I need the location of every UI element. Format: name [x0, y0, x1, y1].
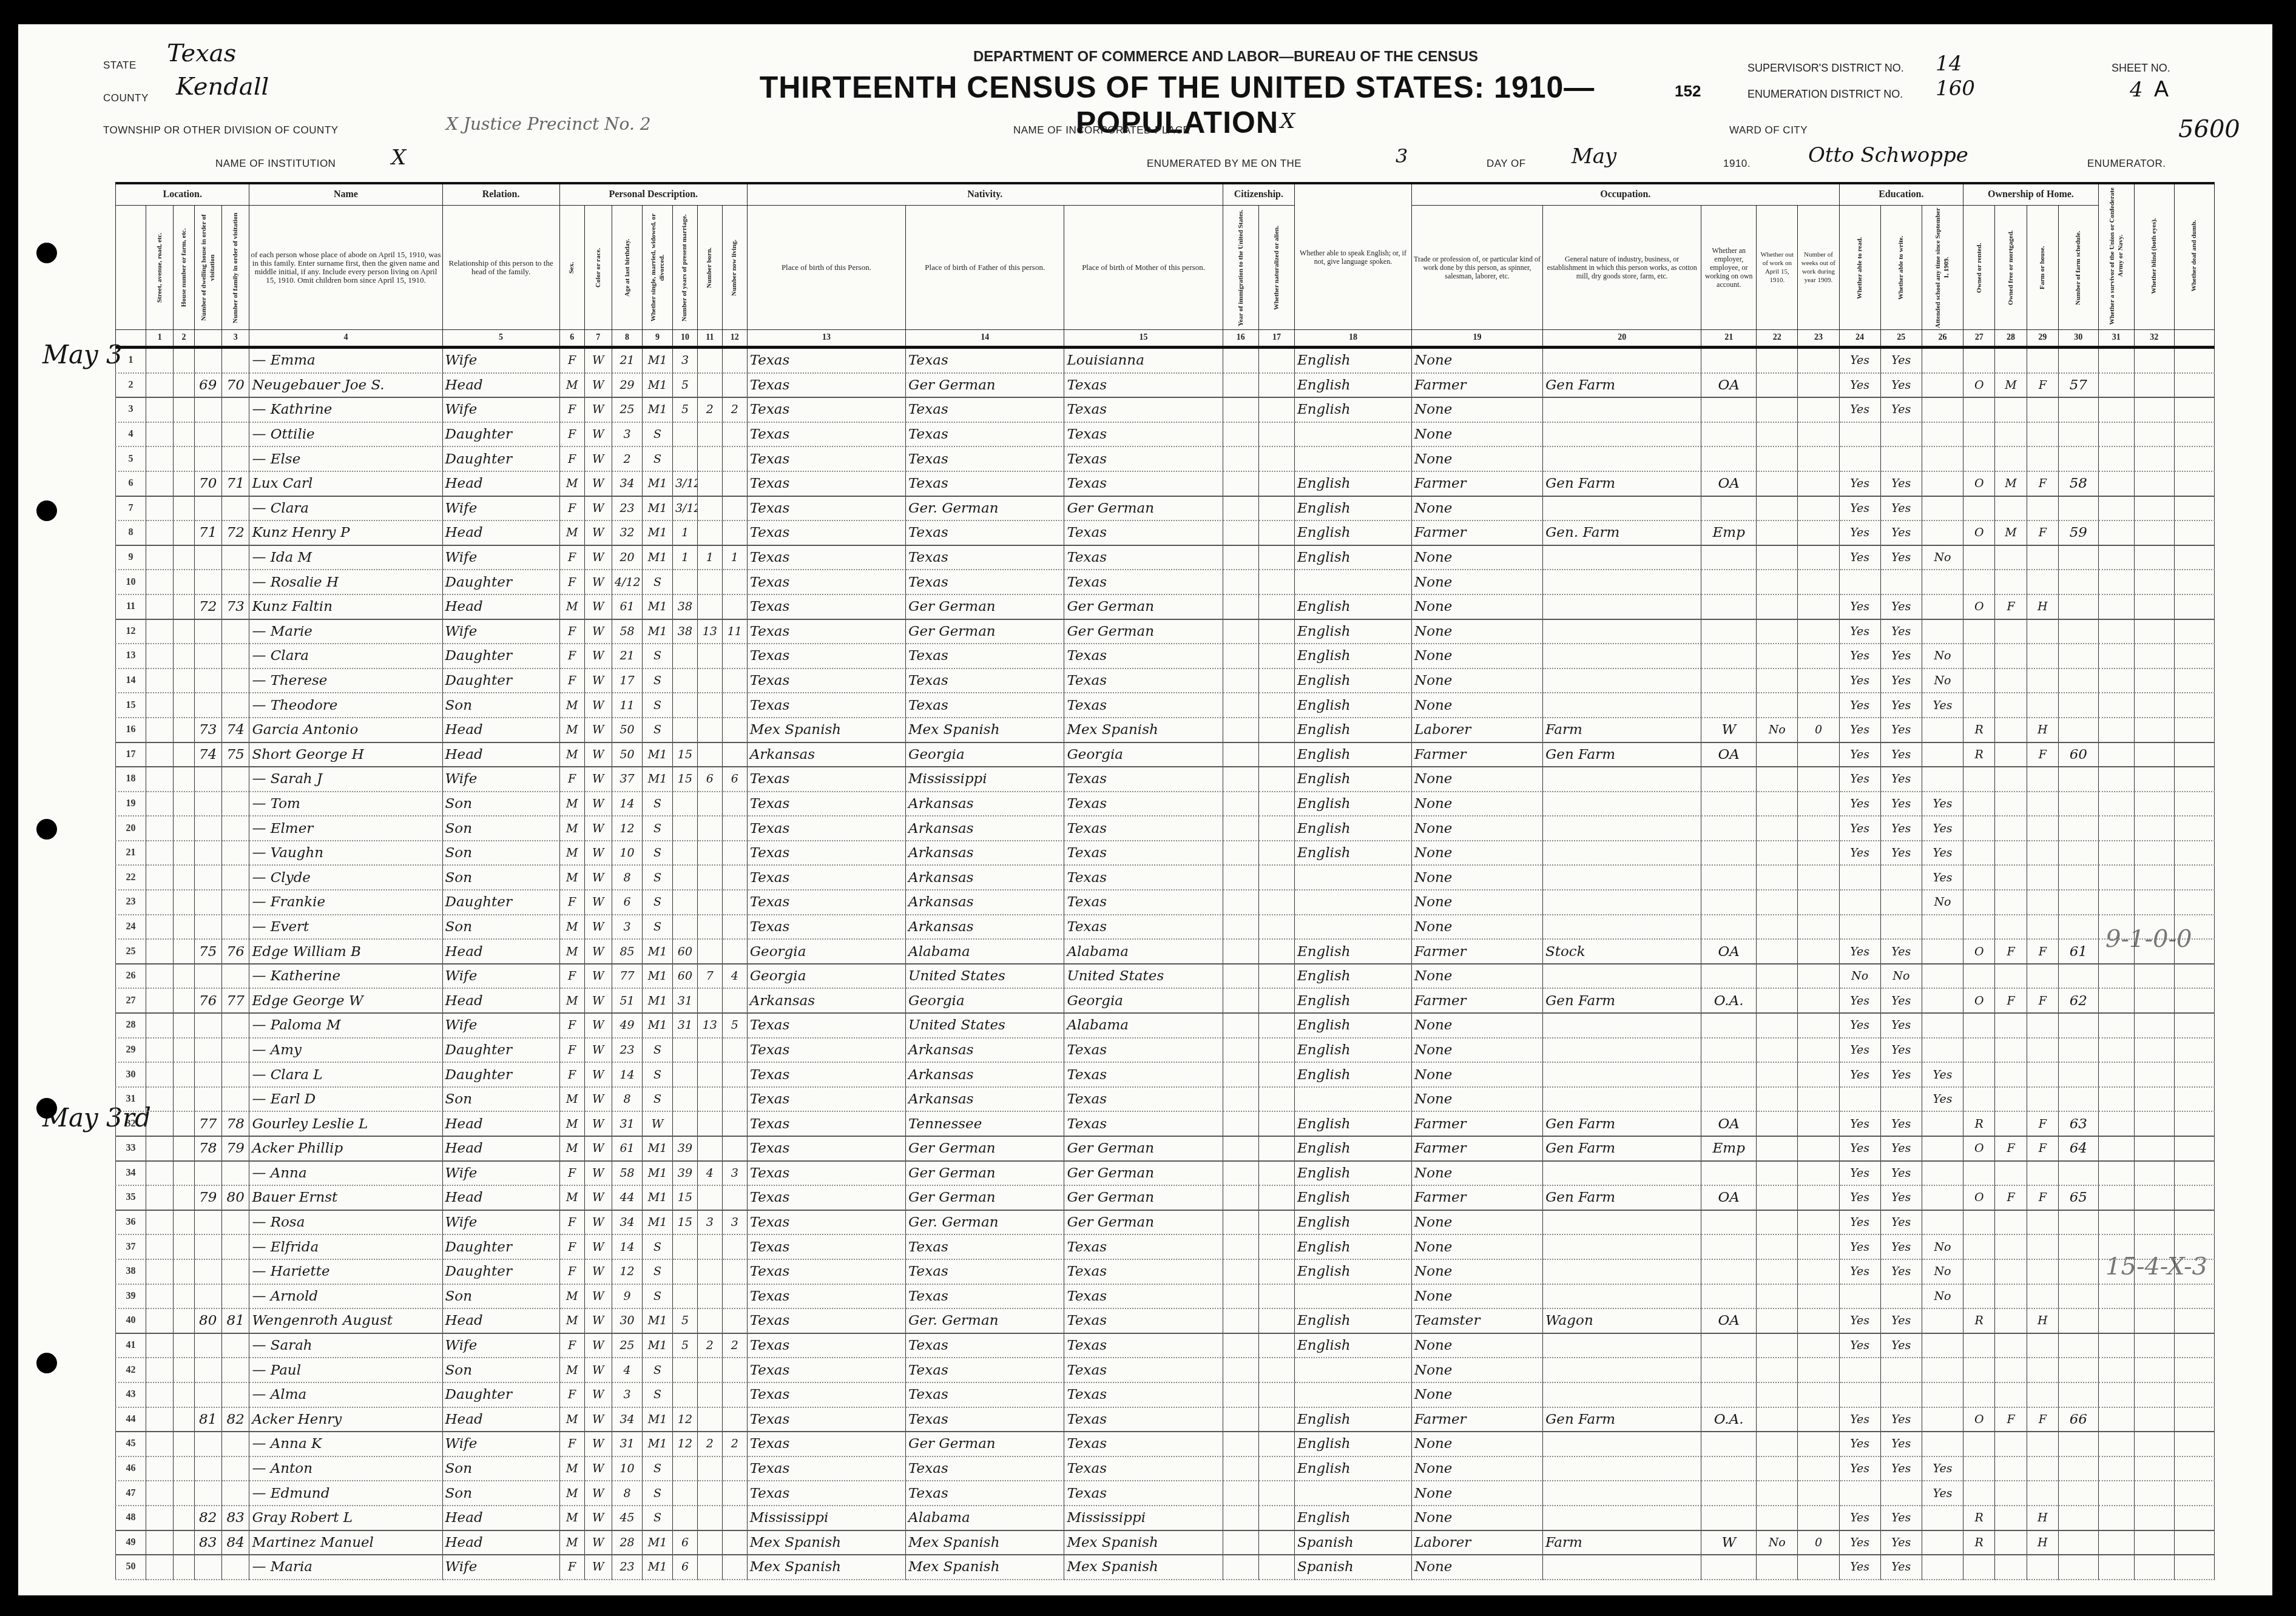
school-cell: Yes: [1922, 1481, 1963, 1506]
header-veteran: Whether a survivor of the Union or Confe…: [2098, 183, 2134, 330]
occupation-cell: None: [1412, 397, 1543, 422]
language-cell: English: [1294, 348, 1411, 373]
out-of-work-cell: [1757, 693, 1798, 718]
farm-house-cell: [2027, 1234, 2058, 1259]
can-read-cell: [1839, 865, 1880, 890]
owned-rented-cell: O: [1963, 1185, 1995, 1210]
family-number: 74: [221, 718, 249, 742]
out-of-work-cell: [1757, 1456, 1798, 1481]
table-row: 41— SarahWifeFW25M1522TexasTexasTexasEng…: [116, 1333, 2215, 1358]
occupation-cell: None: [1412, 1333, 1543, 1358]
line-number: 15: [116, 693, 146, 718]
age-cell: 37: [612, 767, 643, 792]
mother-birthplace-cell: Mississippi: [1064, 1506, 1223, 1530]
relation-cell: Daughter: [442, 1382, 559, 1407]
school-cell: No: [1922, 1284, 1963, 1309]
can-read-cell: Yes: [1839, 767, 1880, 792]
weeks-unemployed-cell: [1798, 348, 1839, 373]
mother-birthplace-cell: Texas: [1064, 545, 1223, 570]
empty-cell: [1223, 1284, 1258, 1309]
empty-cell: [174, 1481, 194, 1506]
industry-cell: [1542, 446, 1701, 471]
weeks-unemployed-cell: [1798, 1161, 1839, 1186]
children-born-cell: [697, 816, 722, 841]
industry-cell: Gen Farm: [1542, 1136, 1701, 1161]
empty-cell: [1258, 890, 1294, 915]
father-birthplace-cell: Texas: [906, 1284, 1064, 1309]
marital-status-cell: S: [643, 1481, 673, 1506]
sex-cell: F: [559, 446, 584, 471]
can-write-cell: Yes: [1880, 348, 1922, 373]
can-read-cell: Yes: [1839, 1210, 1880, 1235]
empty-cell: [174, 1234, 194, 1259]
mother-birthplace-cell: Alabama: [1064, 1013, 1223, 1038]
language-cell: English: [1294, 668, 1411, 693]
owned-rented-cell: [1963, 1284, 1995, 1309]
birthplace-cell: Texas: [747, 1432, 905, 1456]
table-row: 42— PaulSonMW4STexasTexasTexasNone: [116, 1358, 2215, 1382]
out-of-work-cell: [1757, 1284, 1798, 1309]
relation-cell: Wife: [442, 964, 559, 989]
occupation-cell: None: [1412, 668, 1543, 693]
empty-cell: [1223, 792, 1258, 816]
occupation-cell: None: [1412, 890, 1543, 915]
children-born-cell: [697, 1358, 722, 1382]
person-name: Edge George W: [249, 988, 442, 1013]
person-name: — Frankie: [249, 890, 442, 915]
farm-house-cell: H: [2027, 1530, 2058, 1555]
relation-cell: Head: [442, 718, 559, 742]
table-row: 26970Neugebauer Joe S.HeadMW29M15TexasGe…: [116, 373, 2215, 398]
weeks-unemployed-cell: [1798, 446, 1839, 471]
group-occupation: Occupation.: [1412, 183, 1839, 206]
header-race: Color or race.: [584, 206, 612, 330]
table-row: 37— ElfridaDaughterFW14STexasTexasTexasE…: [116, 1234, 2215, 1259]
employer-status-cell: [1701, 1038, 1757, 1063]
column-number: 14: [906, 330, 1064, 348]
empty-cell: [146, 619, 173, 644]
children-born-cell: [697, 1555, 722, 1580]
empty-cell: [1223, 1087, 1258, 1112]
relation-cell: Wife: [442, 1555, 559, 1580]
can-read-cell: Yes: [1839, 939, 1880, 964]
race-cell: W: [584, 1185, 612, 1210]
owned-rented-cell: O: [1963, 520, 1995, 545]
can-read-cell: Yes: [1839, 1136, 1880, 1161]
employer-status-cell: OA: [1701, 373, 1757, 398]
out-of-work-cell: [1757, 915, 1798, 940]
farm-schedule-cell: 59: [2058, 520, 2098, 545]
employer-status-cell: OA: [1701, 1308, 1757, 1333]
person-name: — Sarah: [249, 1333, 442, 1358]
marital-status-cell: S: [643, 1506, 673, 1530]
owned-rented-cell: O: [1963, 988, 1995, 1013]
occupation-cell: None: [1412, 767, 1543, 792]
dwelling-number: [194, 841, 221, 866]
empty-cell: [1258, 1210, 1294, 1235]
industry-cell: [1542, 348, 1701, 373]
father-birthplace-cell: Mex Spanish: [906, 1555, 1064, 1580]
relation-cell: Daughter: [442, 446, 559, 471]
years-married-cell: [672, 865, 697, 890]
race-cell: W: [584, 348, 612, 373]
birthplace-cell: Texas: [747, 520, 905, 545]
sex-cell: F: [559, 422, 584, 447]
line-number: 23: [116, 890, 146, 915]
marital-status-cell: S: [643, 865, 673, 890]
mortgage-cell: [1995, 1456, 2027, 1481]
mother-birthplace-cell: Texas: [1064, 1111, 1223, 1136]
empty-cell: [146, 915, 173, 940]
person-name: — Ida M: [249, 545, 442, 570]
column-number: 25: [1880, 330, 1922, 348]
can-read-cell: [1839, 422, 1880, 447]
occupation-cell: None: [1412, 1481, 1543, 1506]
children-born-cell: [697, 594, 722, 619]
sex-cell: F: [559, 545, 584, 570]
empty-cell: [2174, 816, 2214, 841]
family-number: [221, 1555, 249, 1580]
line-number: 38: [116, 1259, 146, 1284]
sex-cell: M: [559, 594, 584, 619]
race-cell: W: [584, 742, 612, 767]
race-cell: W: [584, 1284, 612, 1309]
owned-rented-cell: [1963, 1161, 1995, 1186]
can-write-cell: Yes: [1880, 373, 1922, 398]
family-number: 75: [221, 742, 249, 767]
empty-cell: [174, 1456, 194, 1481]
empty-cell: [1223, 348, 1258, 373]
empty-cell: [2174, 373, 2214, 398]
person-name: — Hariette: [249, 1259, 442, 1284]
family-number: 71: [221, 471, 249, 496]
can-write-cell: Yes: [1880, 1432, 1922, 1456]
empty-cell: [146, 964, 173, 989]
dwelling-number: [194, 545, 221, 570]
dwelling-number: [194, 816, 221, 841]
owned-rented-cell: [1963, 964, 1995, 989]
birthplace-cell: Mississippi: [747, 1506, 905, 1530]
empty-cell: [146, 1456, 173, 1481]
owned-rented-cell: [1963, 619, 1995, 644]
empty-cell: [174, 939, 194, 964]
sex-cell: M: [559, 520, 584, 545]
header-relation-desc: Relationship of this person to the head …: [442, 206, 559, 330]
empty-cell: [2134, 520, 2174, 545]
mother-birthplace-cell: Texas: [1064, 422, 1223, 447]
children-living-cell: [722, 422, 747, 447]
line-number: 41: [116, 1333, 146, 1358]
census-table: Location. Name Relation. Personal Descri…: [115, 182, 2215, 1580]
marital-status-cell: S: [643, 1456, 673, 1481]
years-married-cell: [672, 446, 697, 471]
owned-rented-cell: [1963, 446, 1995, 471]
weeks-unemployed-cell: [1798, 1506, 1839, 1530]
margin-note-may3: May 3: [42, 340, 123, 369]
years-married-cell: [672, 668, 697, 693]
children-born-cell: 6: [697, 767, 722, 792]
can-write-cell: Yes: [1880, 1308, 1922, 1333]
empty-cell: [1258, 446, 1294, 471]
empty-cell: [1223, 1210, 1258, 1235]
empty-cell: [2134, 1185, 2174, 1210]
school-cell: No: [1922, 1259, 1963, 1284]
sex-cell: M: [559, 373, 584, 398]
sex-cell: F: [559, 1210, 584, 1235]
birthplace-cell: Texas: [747, 1407, 905, 1432]
employer-status-cell: Emp: [1701, 520, 1757, 545]
language-cell: English: [1294, 594, 1411, 619]
industry-cell: [1542, 1432, 1701, 1456]
children-living-cell: 2: [722, 1333, 747, 1358]
mortgage-cell: [1995, 718, 2027, 742]
occupation-cell: None: [1412, 1432, 1543, 1456]
can-read-cell: Yes: [1839, 1185, 1880, 1210]
sex-cell: F: [559, 1432, 584, 1456]
industry-cell: Stock: [1542, 939, 1701, 964]
school-cell: [1922, 1136, 1963, 1161]
children-living-cell: [722, 1555, 747, 1580]
can-write-cell: Yes: [1880, 1456, 1922, 1481]
person-name: — Earl D: [249, 1087, 442, 1112]
empty-cell: [2098, 718, 2134, 742]
farm-schedule-cell: [2058, 422, 2098, 447]
farm-schedule-cell: [2058, 1506, 2098, 1530]
can-read-cell: Yes: [1839, 1456, 1880, 1481]
can-write-cell: Yes: [1880, 1555, 1922, 1580]
header-house-number: House number or farm, etc.: [174, 206, 194, 330]
father-birthplace-cell: Texas: [906, 422, 1064, 447]
language-cell: English: [1294, 1161, 1411, 1186]
empty-cell: [1258, 1013, 1294, 1038]
weeks-unemployed-cell: [1798, 939, 1839, 964]
person-name: — Therese: [249, 668, 442, 693]
age-cell: 8: [612, 865, 643, 890]
race-cell: W: [584, 668, 612, 693]
weeks-unemployed-cell: [1798, 570, 1839, 594]
empty-cell: [1258, 1506, 1294, 1530]
person-name: Edge William B: [249, 939, 442, 964]
weeks-unemployed-cell: [1798, 1382, 1839, 1407]
column-number: 4: [249, 330, 442, 348]
weeks-unemployed-cell: [1798, 865, 1839, 890]
empty-cell: [1223, 890, 1258, 915]
age-cell: 31: [612, 1432, 643, 1456]
empty-cell: [2174, 1481, 2214, 1506]
industry-cell: [1542, 397, 1701, 422]
employer-status-cell: [1701, 767, 1757, 792]
dwelling-number: [194, 1259, 221, 1284]
dwelling-number: [194, 1234, 221, 1259]
employer-status-cell: [1701, 841, 1757, 866]
empty-cell: [2174, 1013, 2214, 1038]
owned-rented-cell: [1963, 915, 1995, 940]
weeks-unemployed-cell: [1798, 915, 1839, 940]
empty-cell: [2174, 792, 2214, 816]
race-cell: W: [584, 644, 612, 668]
school-cell: No: [1922, 668, 1963, 693]
person-name: Garcia Antonio: [249, 718, 442, 742]
years-married-cell: [672, 1358, 697, 1382]
can-write-cell: [1880, 890, 1922, 915]
empty-cell: [146, 1234, 173, 1259]
school-cell: [1922, 594, 1963, 619]
out-of-work-cell: [1757, 865, 1798, 890]
column-number: 10: [672, 330, 697, 348]
mortgage-cell: M: [1995, 520, 2027, 545]
empty-cell: [1258, 939, 1294, 964]
mother-birthplace-cell: Texas: [1064, 397, 1223, 422]
language-cell: English: [1294, 1234, 1411, 1259]
empty-cell: [2134, 471, 2174, 496]
weeks-unemployed-cell: [1798, 1456, 1839, 1481]
occupation-cell: None: [1412, 964, 1543, 989]
children-living-cell: [722, 1038, 747, 1063]
can-write-cell: [1880, 570, 1922, 594]
line-number: 11: [116, 594, 146, 619]
empty-cell: [2134, 619, 2174, 644]
family-number: [221, 865, 249, 890]
father-birthplace-cell: Ger German: [906, 619, 1064, 644]
language-cell: English: [1294, 1013, 1411, 1038]
occupation-cell: None: [1412, 915, 1543, 940]
can-read-cell: Yes: [1839, 1013, 1880, 1038]
weeks-unemployed-cell: 0: [1798, 718, 1839, 742]
empty-cell: [146, 668, 173, 693]
can-read-cell: [1839, 1382, 1880, 1407]
mortgage-cell: F: [1995, 594, 2027, 619]
father-birthplace-cell: Ger. German: [906, 1308, 1064, 1333]
mother-birthplace-cell: Texas: [1064, 1382, 1223, 1407]
age-cell: 32: [612, 520, 643, 545]
sex-cell: M: [559, 1136, 584, 1161]
empty-cell: [174, 767, 194, 792]
children-born-cell: [697, 915, 722, 940]
farm-schedule-cell: [2058, 792, 2098, 816]
sex-cell: F: [559, 644, 584, 668]
weeks-unemployed-cell: [1798, 816, 1839, 841]
father-birthplace-cell: Arkansas: [906, 841, 1064, 866]
language-cell: English: [1294, 1333, 1411, 1358]
empty-cell: [2134, 1062, 2174, 1087]
empty-cell: [2098, 1259, 2134, 1284]
sex-cell: M: [559, 1284, 584, 1309]
language-cell: English: [1294, 520, 1411, 545]
empty-cell: [174, 1185, 194, 1210]
marital-status-cell: M1: [643, 1555, 673, 1580]
table-row: 21— VaughnSonMW10STexasArkansasTexasEngl…: [116, 841, 2215, 866]
owned-rented-cell: [1963, 767, 1995, 792]
children-born-cell: [697, 1062, 722, 1087]
dwelling-number: [194, 348, 221, 373]
empty-cell: [2098, 1432, 2134, 1456]
table-row: 34— AnnaWifeFW58M13943TexasGer GermanGer…: [116, 1161, 2215, 1186]
can-write-cell: No: [1880, 964, 1922, 989]
can-read-cell: [1839, 915, 1880, 940]
empty-cell: [1258, 1308, 1294, 1333]
column-number: [194, 330, 221, 348]
corner-note: 5600: [2178, 115, 2240, 143]
age-cell: 77: [612, 964, 643, 989]
empty-cell: [1223, 1432, 1258, 1456]
age-cell: 51: [612, 988, 643, 1013]
farm-schedule-cell: [2058, 1382, 2098, 1407]
out-of-work-cell: [1757, 619, 1798, 644]
header-born: Number born.: [697, 206, 722, 330]
person-name: Kunz Faltin: [249, 594, 442, 619]
mortgage-cell: [1995, 1555, 2027, 1580]
race-cell: W: [584, 570, 612, 594]
group-nativity: Nativity.: [747, 183, 1223, 206]
empty-cell: [2134, 1111, 2174, 1136]
sex-cell: F: [559, 890, 584, 915]
marital-status-cell: M1: [643, 939, 673, 964]
farm-house-cell: [2027, 792, 2058, 816]
empty-cell: [1258, 964, 1294, 989]
owned-rented-cell: [1963, 348, 1995, 373]
mother-birthplace-cell: Texas: [1064, 1087, 1223, 1112]
out-of-work-cell: [1757, 1185, 1798, 1210]
occupation-cell: None: [1412, 816, 1543, 841]
empty-cell: [174, 718, 194, 742]
weeks-unemployed-cell: [1798, 1136, 1839, 1161]
can-read-cell: [1839, 1284, 1880, 1309]
township-label: Township or other division of county: [103, 124, 339, 136]
person-name: Gourley Leslie L: [249, 1111, 442, 1136]
empty-cell: [2134, 348, 2174, 373]
line-number: 22: [116, 865, 146, 890]
industry-cell: [1542, 1087, 1701, 1112]
occupation-cell: None: [1412, 1038, 1543, 1063]
farm-schedule-cell: [2058, 767, 2098, 792]
column-number: 6: [559, 330, 584, 348]
children-living-cell: 11: [722, 619, 747, 644]
employer-status-cell: OA: [1701, 471, 1757, 496]
employer-status-cell: [1701, 890, 1757, 915]
children-living-cell: [722, 471, 747, 496]
relation-cell: Wife: [442, 1161, 559, 1186]
occupation-cell: None: [1412, 446, 1543, 471]
birthplace-cell: Texas: [747, 792, 905, 816]
empty-cell: [146, 890, 173, 915]
can-read-cell: Yes: [1839, 1432, 1880, 1456]
birthplace-cell: Texas: [747, 570, 905, 594]
language-cell: English: [1294, 1506, 1411, 1530]
can-write-cell: Yes: [1880, 1506, 1922, 1530]
empty-cell: [1223, 865, 1258, 890]
relation-cell: Daughter: [442, 422, 559, 447]
farm-house-cell: F: [2027, 471, 2058, 496]
family-number: [221, 397, 249, 422]
dwelling-number: 78: [194, 1136, 221, 1161]
owned-rented-cell: [1963, 644, 1995, 668]
children-born-cell: [697, 1530, 722, 1555]
empty-cell: [174, 1358, 194, 1382]
weeks-unemployed-cell: 0: [1798, 1530, 1839, 1555]
line-number: 35: [116, 1185, 146, 1210]
language-cell: [1294, 570, 1411, 594]
mother-birthplace-cell: Texas: [1064, 520, 1223, 545]
farm-house-cell: [2027, 1358, 2058, 1382]
table-row: 9— Ida MWifeFW20M1111TexasTexasTexasEngl…: [116, 545, 2215, 570]
farm-house-cell: [2027, 1087, 2058, 1112]
sex-cell: M: [559, 1087, 584, 1112]
can-write-cell: Yes: [1880, 742, 1922, 767]
birthplace-cell: Mex Spanish: [747, 718, 905, 742]
sex-cell: M: [559, 1506, 584, 1530]
farm-house-cell: H: [2027, 1506, 2058, 1530]
table-row: 15— TheodoreSonMW11STexasTexasTexasEngli…: [116, 693, 2215, 718]
